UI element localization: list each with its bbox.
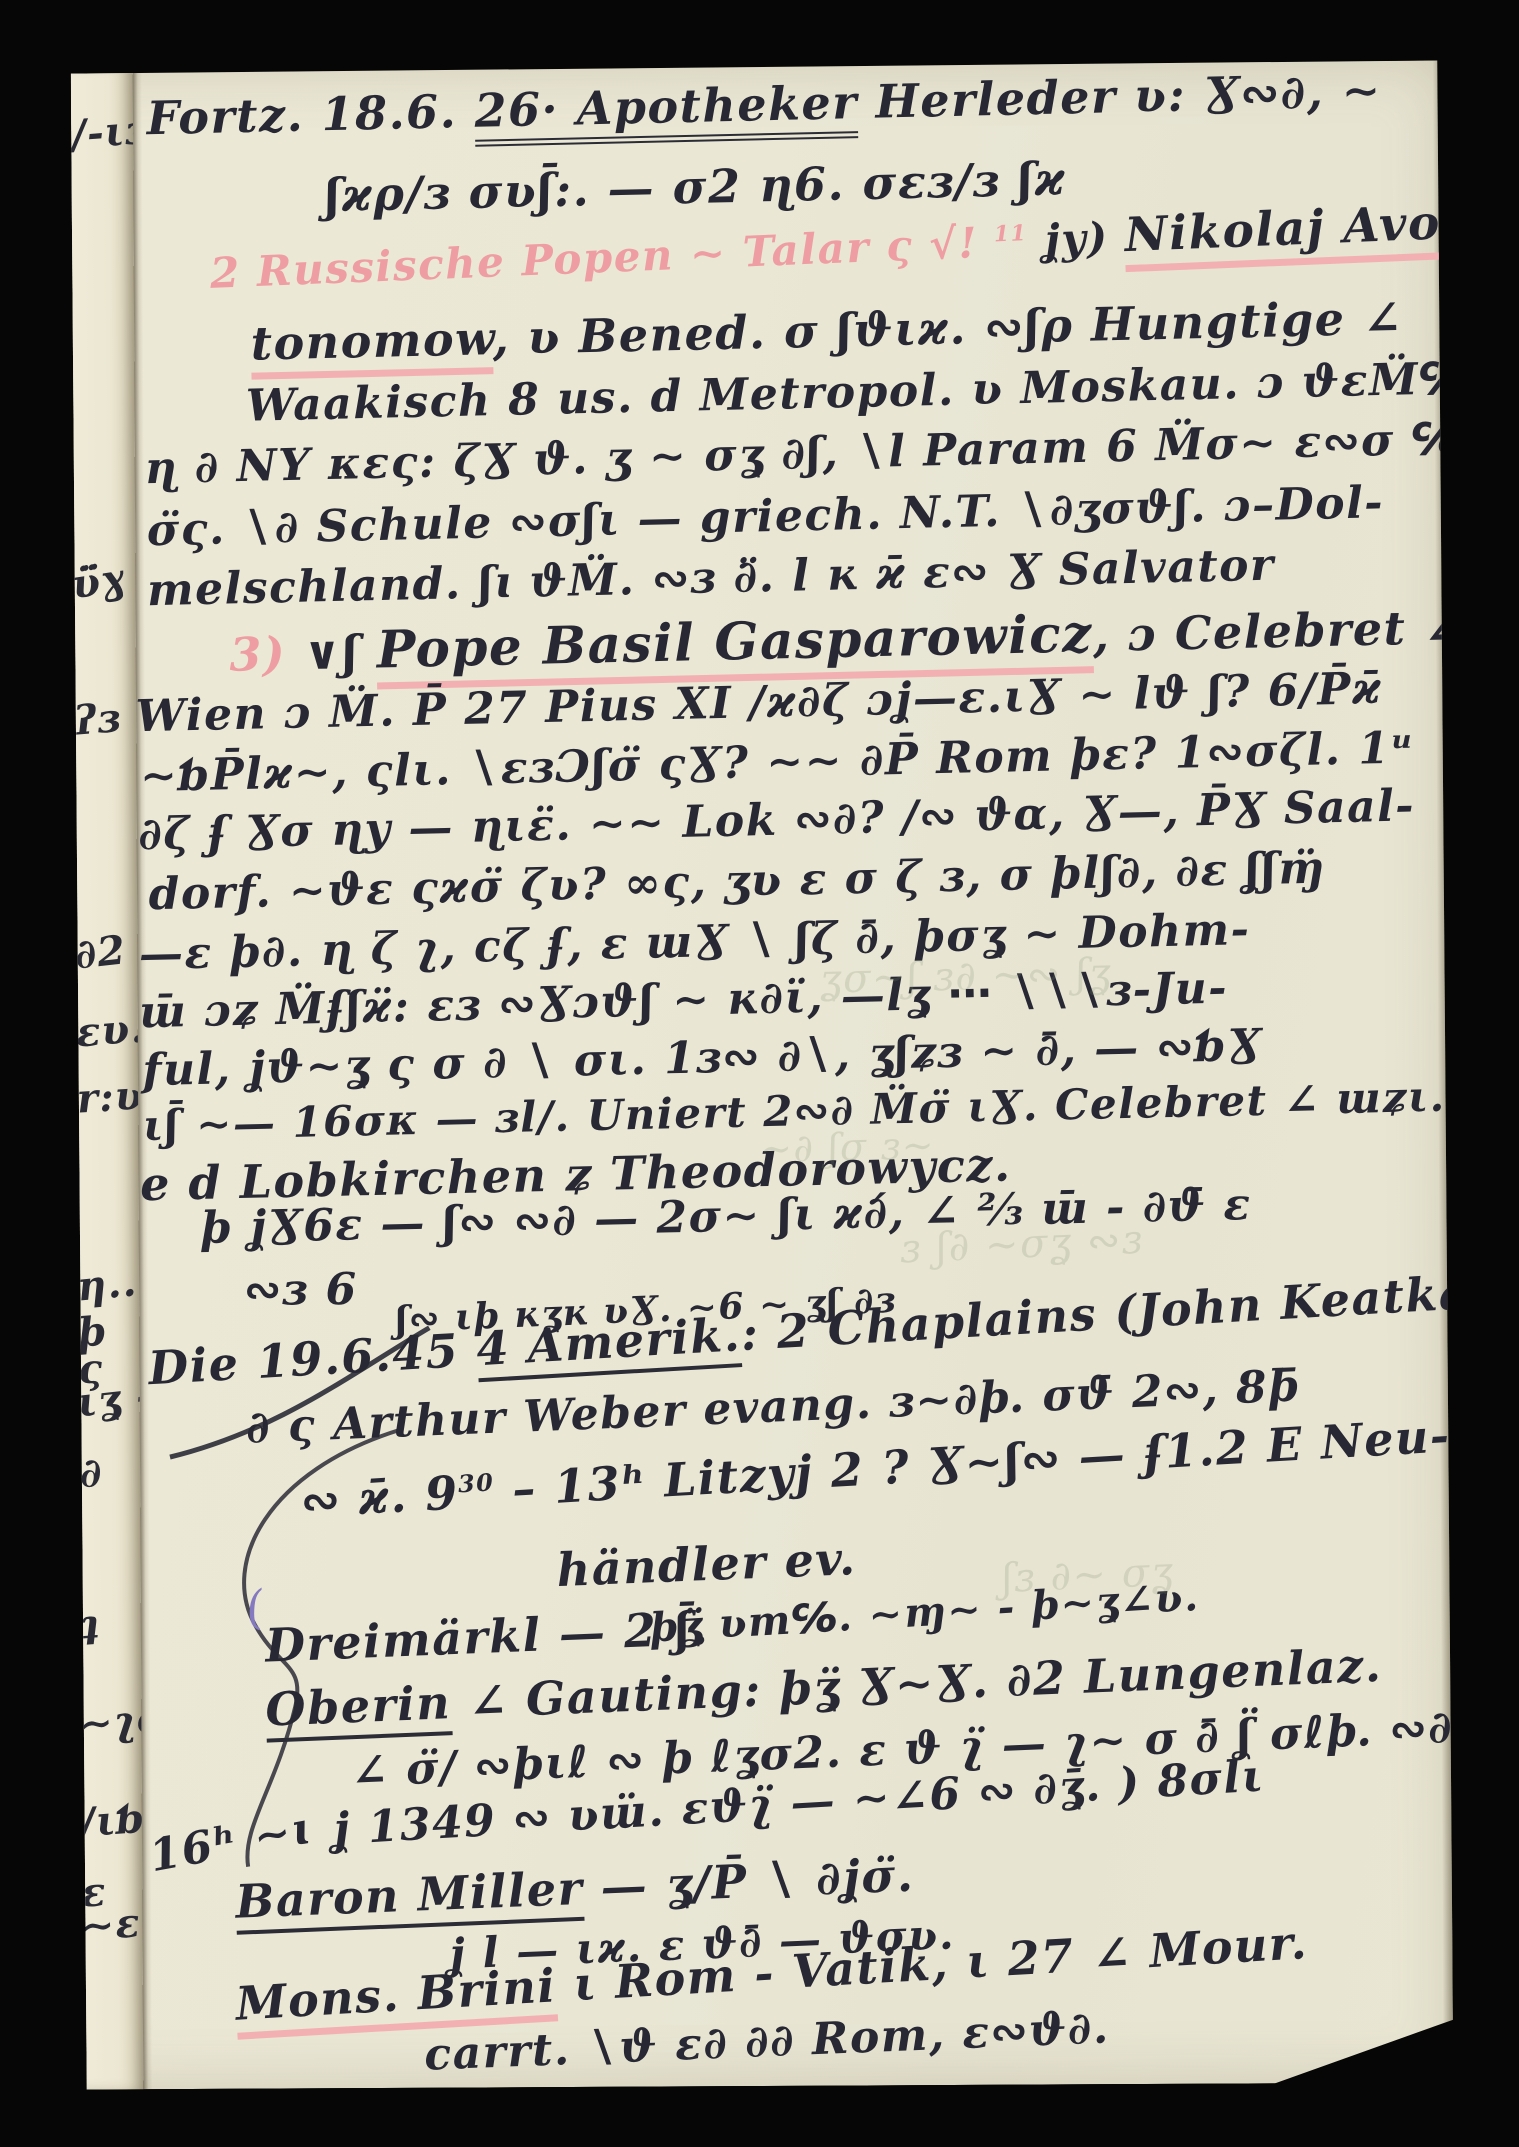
manuscript-text-segment: 3) [229,627,287,684]
manuscript-text-segment: 26· Apotheker [474,75,859,147]
manuscript-line: ʃϰρ/ɜ σʋʃ̄:. — σ2 ɳ6. σεɜ/ɜ ʃϰ [324,155,1066,218]
manuscript-text-segment: Nikolaj Avo- [1124,195,1464,272]
manuscript-line: ɜ ʃ∂ ∼σʓ ∾ɜ [899,1220,1144,1270]
manuscript-text-segment: ∾ɜ 6 [244,1264,358,1318]
margin-fragment: ʇ [77,1600,101,1648]
manuscript-line: Dreimärkl — 2 ʃ̄. [264,1605,710,1669]
colored-pen-mark: ( [242,1580,268,1636]
facing-page-edge: ∕-ιɜϋ̈ɣʔɜ∂2ευ.r:ʋη..þςιʓ —∂ʇ∼ʅσ.∕ιƅɛ∼ε. [71,67,144,2089]
manuscript-line: Baron Miller — ʓ/P̄ ∖ ∂ʝσ̈. [235,1852,915,1925]
manuscript-text-segment: — ʓ/P̄ ∖ ∂ʝσ̈. [582,1848,915,1917]
manuscript-text-segment: ʓσ∼ʃ ɜ∂ ∼∾ ʃʓ [819,950,1113,1005]
manuscript-text-segment: Herleder ʋ: Ɣ∾∂, ∼ [857,63,1382,131]
manuscript-text-segment: ∾ ϰ̄. 9 [299,1465,460,1530]
manuscript-line: ∾ɜ 6 [244,1268,358,1313]
manuscript-line: tonomow, ʋ Bened. σ ʃϑιϰ. ∾ʃρ Hungtige ∠ [250,295,1403,367]
manuscript-text-segment: , ɔ Celebret ∠ [1092,600,1464,664]
manuscript-text-segment: ʃɜ ∂∼ σʓ [1001,1549,1175,1604]
manuscript-text-segment: Baron Miller [234,1861,584,1935]
manuscript-line: ʓσ∼ʃ ɜ∂ ∼∾ ʃʓ [819,953,1113,1000]
margin-fragment: ευ. [74,1005,143,1057]
scanned-manuscript-page: ∕-ιɜϋ̈ɣʔɜ∂2ευ.r:ʋη..þςιʓ —∂ʇ∼ʅσ.∕ιƅɛ∼ε. … [0,0,1519,2147]
manuscript-text-segment: Fortz. 18.6. [146,84,475,147]
manuscript-line: händler ev. [556,1535,857,1593]
margin-fragment: η.. [75,1258,139,1310]
manuscript-text-segment: tonomow [250,311,493,379]
manuscript-text-segment: ɜ ʃ∂ ∼σʓ ∾ɜ [899,1217,1144,1275]
margin-fragment: ϋ̈ɣ [71,554,129,608]
manuscript-text-segment: ʝy) [1027,212,1126,267]
margin-fragment: r:ʋ [76,1072,144,1123]
manuscript-text-segment: 2 Russische Popen ∼ Talar ς √! [209,217,995,299]
manuscript-text-segment: Die 19.6.45 [147,1322,478,1397]
manuscript-text-segment: Dreimärkl — 2 ʃ̄. [264,1601,710,1675]
manuscript-text-segment: 11 [993,220,1027,249]
manuscript-line: Fortz. 18.6. 26· Apotheker Herleder ʋ: Ɣ… [146,67,1382,141]
margin-fragment: ∕ιƅ [79,1795,144,1847]
manuscript-text-segment: Oberin [264,1675,452,1742]
diary-paper-sheet: ∕-ιɜϋ̈ɣʔɜ∂2ευ.r:ʋη..þςιʓ —∂ʇ∼ʅσ.∕ιƅɛ∼ε. … [71,60,1454,2089]
manuscript-line: ∼∂ ʃσ ɜ∼ [760,1126,936,1168]
manuscript-text-segment: 30 [457,1468,495,1500]
manuscript-text-segment: händler ev. [556,1531,858,1599]
margin-fragment: ∼ε. [79,1898,143,1950]
margin-fragment: ∂2 [72,926,128,978]
manuscript-line: 16ʰ ∼ɩ [146,1807,313,1879]
manuscript-text-segment: , ʋ Bened. σ ʃϑιϰ. ∾ʃρ Hungtige ∠ [492,291,1404,368]
margin-fragment: ∂ [80,1449,103,1496]
manuscript-text-segment: ∼∂ ʃσ ɜ∼ [760,1123,936,1173]
manuscript-line: ʃɜ ∂∼ σʓ [1001,1552,1175,1599]
manuscript-text-segment: ∨ʃ [286,624,378,682]
margin-fragment: ʔɜ [73,694,123,744]
margin-fragment: ∼ʅσ. [77,1692,143,1748]
manuscript-text-segment: ʃϰρ/ɜ σʋʃ̄:. — σ2 ɳ6. σεɜ/ɜ ʃϰ [324,151,1066,224]
